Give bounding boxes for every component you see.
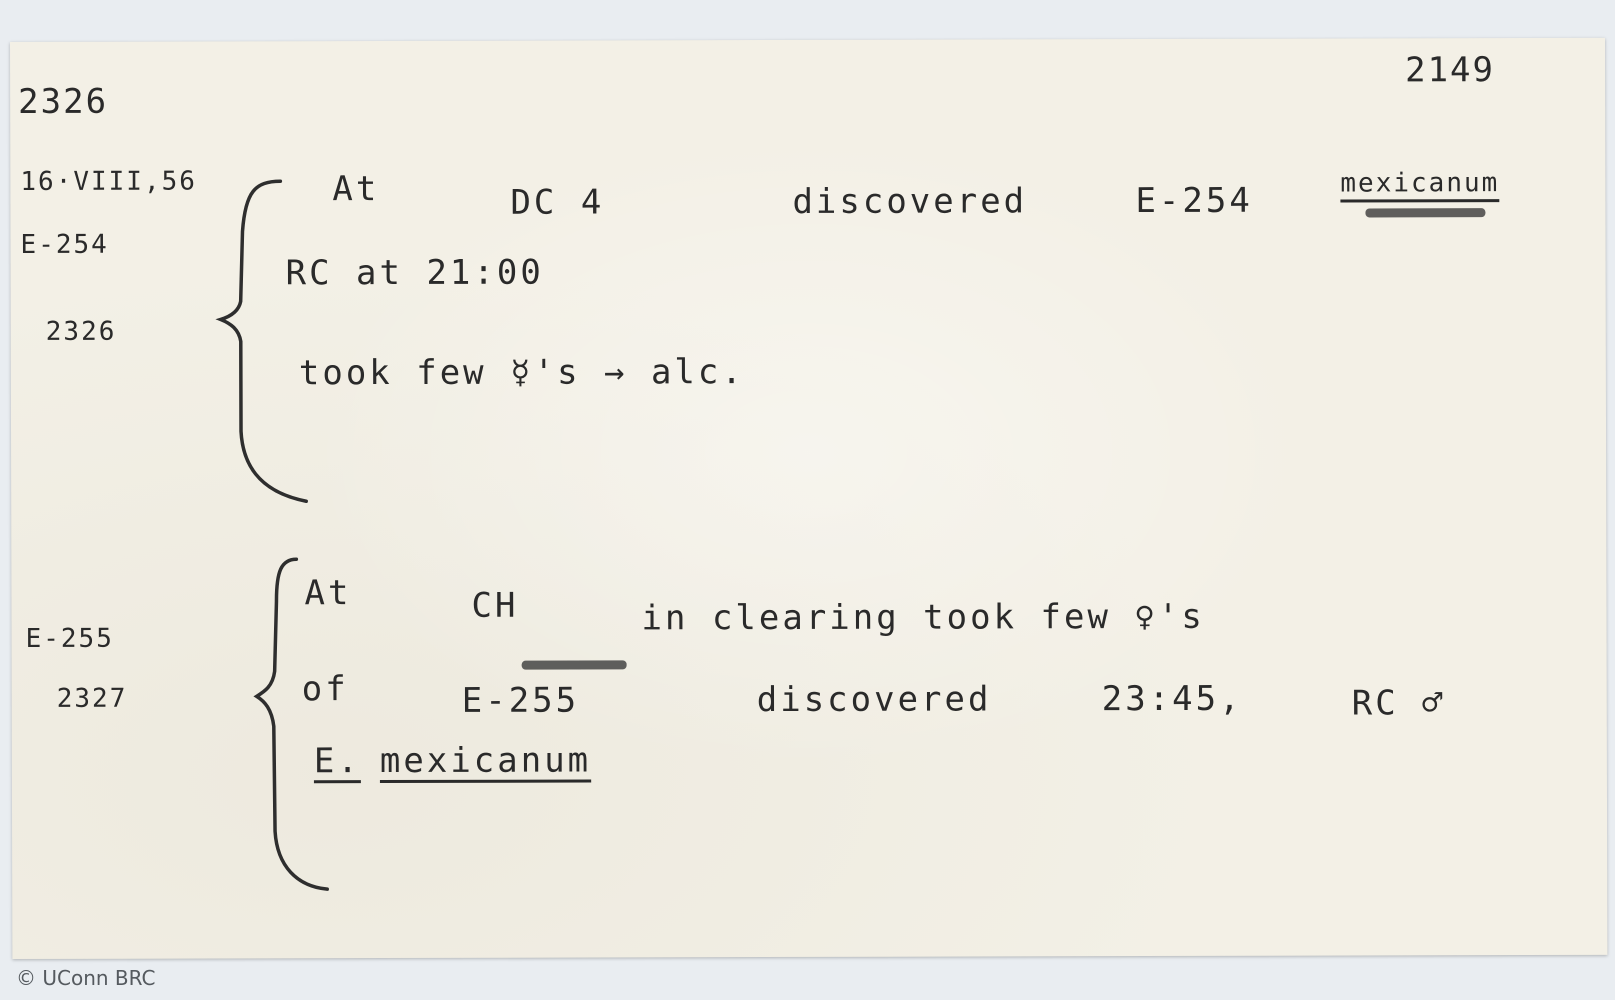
entry2-line1-at: At	[304, 573, 351, 613]
entry1-specimen-id: E-254	[20, 230, 108, 260]
entry2-line2-time: 23:45,	[1102, 679, 1243, 719]
entry2-line1-rest: in clearing took few ♀'s	[641, 597, 1204, 638]
top-right-number: 2149	[1405, 50, 1495, 90]
entry2-line2-rc: RC ♂	[1352, 683, 1446, 723]
copyright-credit: © UConn BRC	[16, 966, 156, 990]
crossed-out-text-2	[522, 660, 627, 669]
entry1-date: 16·VIII,56	[20, 167, 197, 197]
entry1-line1-at: At	[332, 169, 379, 209]
entry1-line2: RC at 21:00	[286, 253, 544, 294]
crossed-out-text	[1365, 208, 1485, 217]
entry2-line1-location: CH	[471, 586, 518, 626]
entry1-line1-verb: discovered	[792, 181, 1027, 222]
entry2-line2-verb: discovered	[757, 679, 992, 720]
top-left-number: 2326	[18, 82, 108, 122]
entry1-catalog-number: 2326	[46, 317, 117, 347]
entry1-brace	[210, 171, 321, 511]
entry1-line3: took few ☿'s → alc.	[299, 352, 745, 393]
entry2-specimen-id: E-255	[26, 624, 114, 654]
entry1-line1-location: DC 4	[510, 182, 604, 222]
entry2-catalog-number: 2327	[57, 684, 128, 714]
entry2-line2-of: of	[302, 669, 349, 709]
entry2-line3-species: mexicanum	[380, 740, 591, 781]
entry2-line2-specimen: E-255	[462, 681, 579, 721]
entry1-line1-specimen: E-254	[1135, 181, 1252, 221]
entry2-line3-genus: E.	[314, 741, 361, 781]
entry1-line1-species-name: mexicanum	[1340, 168, 1499, 198]
specimen-card: 2326 2149 16·VIII,56 E-254 2326 At DC 4 …	[10, 38, 1607, 959]
